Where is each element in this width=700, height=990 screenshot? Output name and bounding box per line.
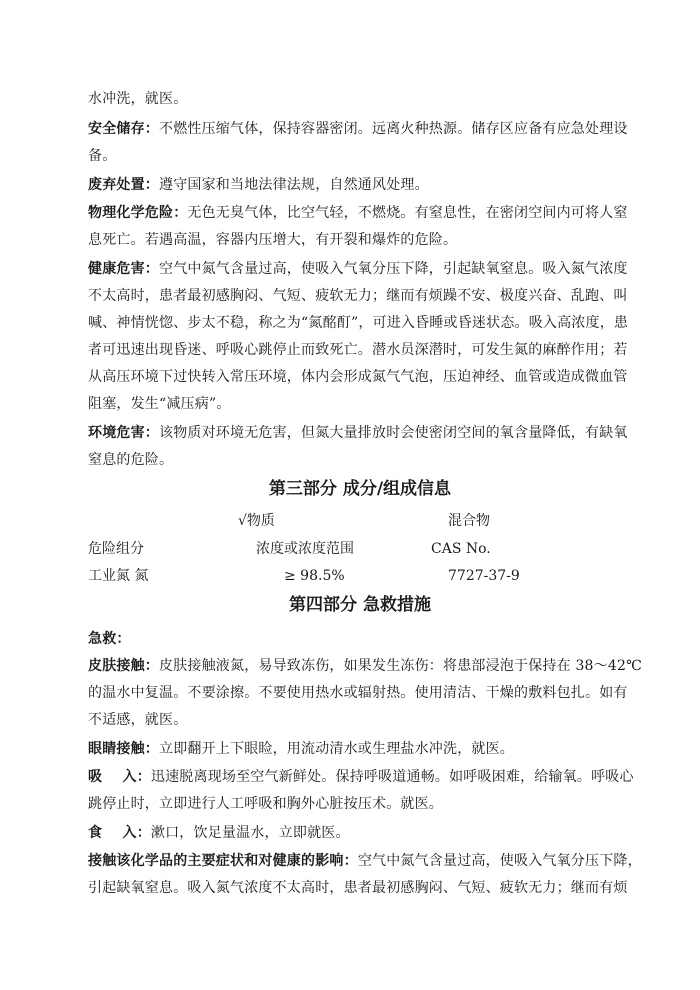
physchem-text: 无色无臭气体，比空气轻，不燃烧。有窒息性，在密闭空间内可将人窒 xyxy=(187,205,627,221)
row-cas: 7727-37-9 xyxy=(448,567,520,585)
environment-para: 环境危害：该物质对环境无危害，但氮大量排放时会使密闭空间的氧含量降低，有缺氧 xyxy=(88,424,632,442)
health-text-4: 者可迅速出现昏迷、呼吸心跳停止而致死亡。潜水员深潜时，可发生氮的麻醉作用；若 xyxy=(88,341,632,359)
environment-text-2: 窒息的危险。 xyxy=(88,451,632,469)
row-component: 工业氮 氮 xyxy=(88,567,148,585)
ingest-para: 食 入：漱口，饮足量温水，立即就医。 xyxy=(88,824,632,842)
section4-title: 第四部分 急救措施 xyxy=(88,594,632,616)
environment-text: 该物质对环境无危害，但氮大量排放时会使密闭空间的氧含量降低，有缺氧 xyxy=(159,425,628,441)
storage-text-2: 备。 xyxy=(88,147,632,165)
skin-label: 皮肤接触： xyxy=(88,658,159,674)
ingest-label: 食 入： xyxy=(88,825,151,841)
health-text-3: 喊、神情恍惚、步太不稳，称之为“氮酩酊”，可进入昏睡或昏迷状态。吸入高浓度，患 xyxy=(88,314,632,332)
row-concentration: ≥ 98.5% xyxy=(284,567,345,585)
firstaid-label: 急救： xyxy=(88,630,632,648)
environment-label: 环境危害： xyxy=(88,425,159,441)
mixture-option: 混合物 xyxy=(448,512,490,530)
health-text-6: 阻塞，发生“减压病”。 xyxy=(88,395,632,413)
skin-text-3: 不适感，就医。 xyxy=(88,711,632,729)
health-text-2: 不太高时，患者最初感胸闷、气短、疲软无力；继而有烦躁不安、极度兴奋、乱跑、叫 xyxy=(88,287,632,305)
inhale-text: 迅速脱离现场至空气新鲜处。保持呼吸道通畅。如呼吸困难，给输氧。呼吸心 xyxy=(151,769,634,785)
disposal-text: 遵守国家和当地法律法规，自然通风处理。 xyxy=(159,177,429,193)
storage-para: 安全储存：不燃性压缩气体，保持容器密闭。远离火种热源。储存区应备有应急处理设 xyxy=(88,120,632,138)
health-label: 健康危害： xyxy=(88,261,159,277)
health-text-5: 从高压环境下过快转入常压环境，体内会形成氮气气泡，压迫神经、血管或造成微血管 xyxy=(88,368,632,386)
health-para: 健康危害：空气中氮气含量过高，使吸入气氧分压下降，引起缺氧窒息。吸入氮气浓度 xyxy=(88,260,632,278)
skin-text-2: 的温水中复温。不要涂擦。不要使用热水或辐射热。使用清洁、干燥的敷料包扎。如有 xyxy=(88,684,632,702)
eye-label: 眼睛接触： xyxy=(88,741,159,757)
physchem-para: 物理化学危险：无色无臭气体，比空气轻，不燃烧。有窒息性，在密闭空间内可将人窒 xyxy=(88,204,632,222)
inhale-text-2: 跳停止时，立即进行人工呼吸和胸外心脏按压术。就医。 xyxy=(88,795,632,813)
header-concentration: 浓度或浓度范围 xyxy=(256,540,354,558)
inhale-label: 吸 入： xyxy=(88,769,151,785)
section3-title: 第三部分 成分/组成信息 xyxy=(88,478,632,500)
eye-para: 眼睛接触：立即翻开上下眼睑，用流动清水或生理盐水冲洗，就医。 xyxy=(88,740,632,758)
header-cas: CAS No. xyxy=(431,540,491,558)
storage-text: 不燃性压缩气体，保持容器密闭。远离火种热源。储存区应备有应急处理设 xyxy=(159,121,628,137)
inhale-para: 吸 入：迅速脱离现场至空气新鲜处。保持呼吸道通畅。如呼吸困难，给输氧。呼吸心 xyxy=(88,768,632,786)
skin-text: 皮肤接触液氮，易导致冻伤，如果发生冻伤：将患部浸泡于保持在 38～42℃ xyxy=(159,658,642,674)
substance-option: √物质 xyxy=(238,512,275,530)
symptoms-text-2: 引起缺氧窒息。吸入氮气浓度不太高时，患者最初感胸闷、气短、疲软无力；继而有烦 xyxy=(88,879,632,897)
header-component: 危险组分 xyxy=(88,540,144,558)
physchem-label: 物理化学危险： xyxy=(88,205,187,221)
storage-label: 安全储存： xyxy=(88,121,159,137)
eye-text: 立即翻开上下眼睑，用流动清水或生理盐水冲洗，就医。 xyxy=(159,741,514,757)
symptoms-para: 接触该化学品的主要症状和对健康的影响：空气中氮气含量过高，使吸入气氧分压下降， xyxy=(88,852,632,870)
symptoms-label: 接触该化学品的主要症状和对健康的影响： xyxy=(88,853,358,869)
ingest-text: 漱口，饮足量温水，立即就医。 xyxy=(151,825,350,841)
symptoms-text: 空气中氮气含量过高，使吸入气氧分压下降， xyxy=(358,853,642,869)
continuation-text: 水冲洗，就医。 xyxy=(88,90,632,108)
disposal-label: 废弃处置： xyxy=(88,177,159,193)
physchem-text-2: 息死亡。若遇高温，容器内压增大，有开裂和爆炸的危险。 xyxy=(88,231,632,249)
skin-para: 皮肤接触：皮肤接触液氮，易导致冻伤，如果发生冻伤：将患部浸泡于保持在 38～42… xyxy=(88,657,632,675)
health-text: 空气中氮气含量过高，使吸入气氧分压下降，引起缺氧窒息。吸入氮气浓度 xyxy=(159,261,628,277)
disposal-para: 废弃处置：遵守国家和当地法律法规，自然通风处理。 xyxy=(88,176,632,194)
